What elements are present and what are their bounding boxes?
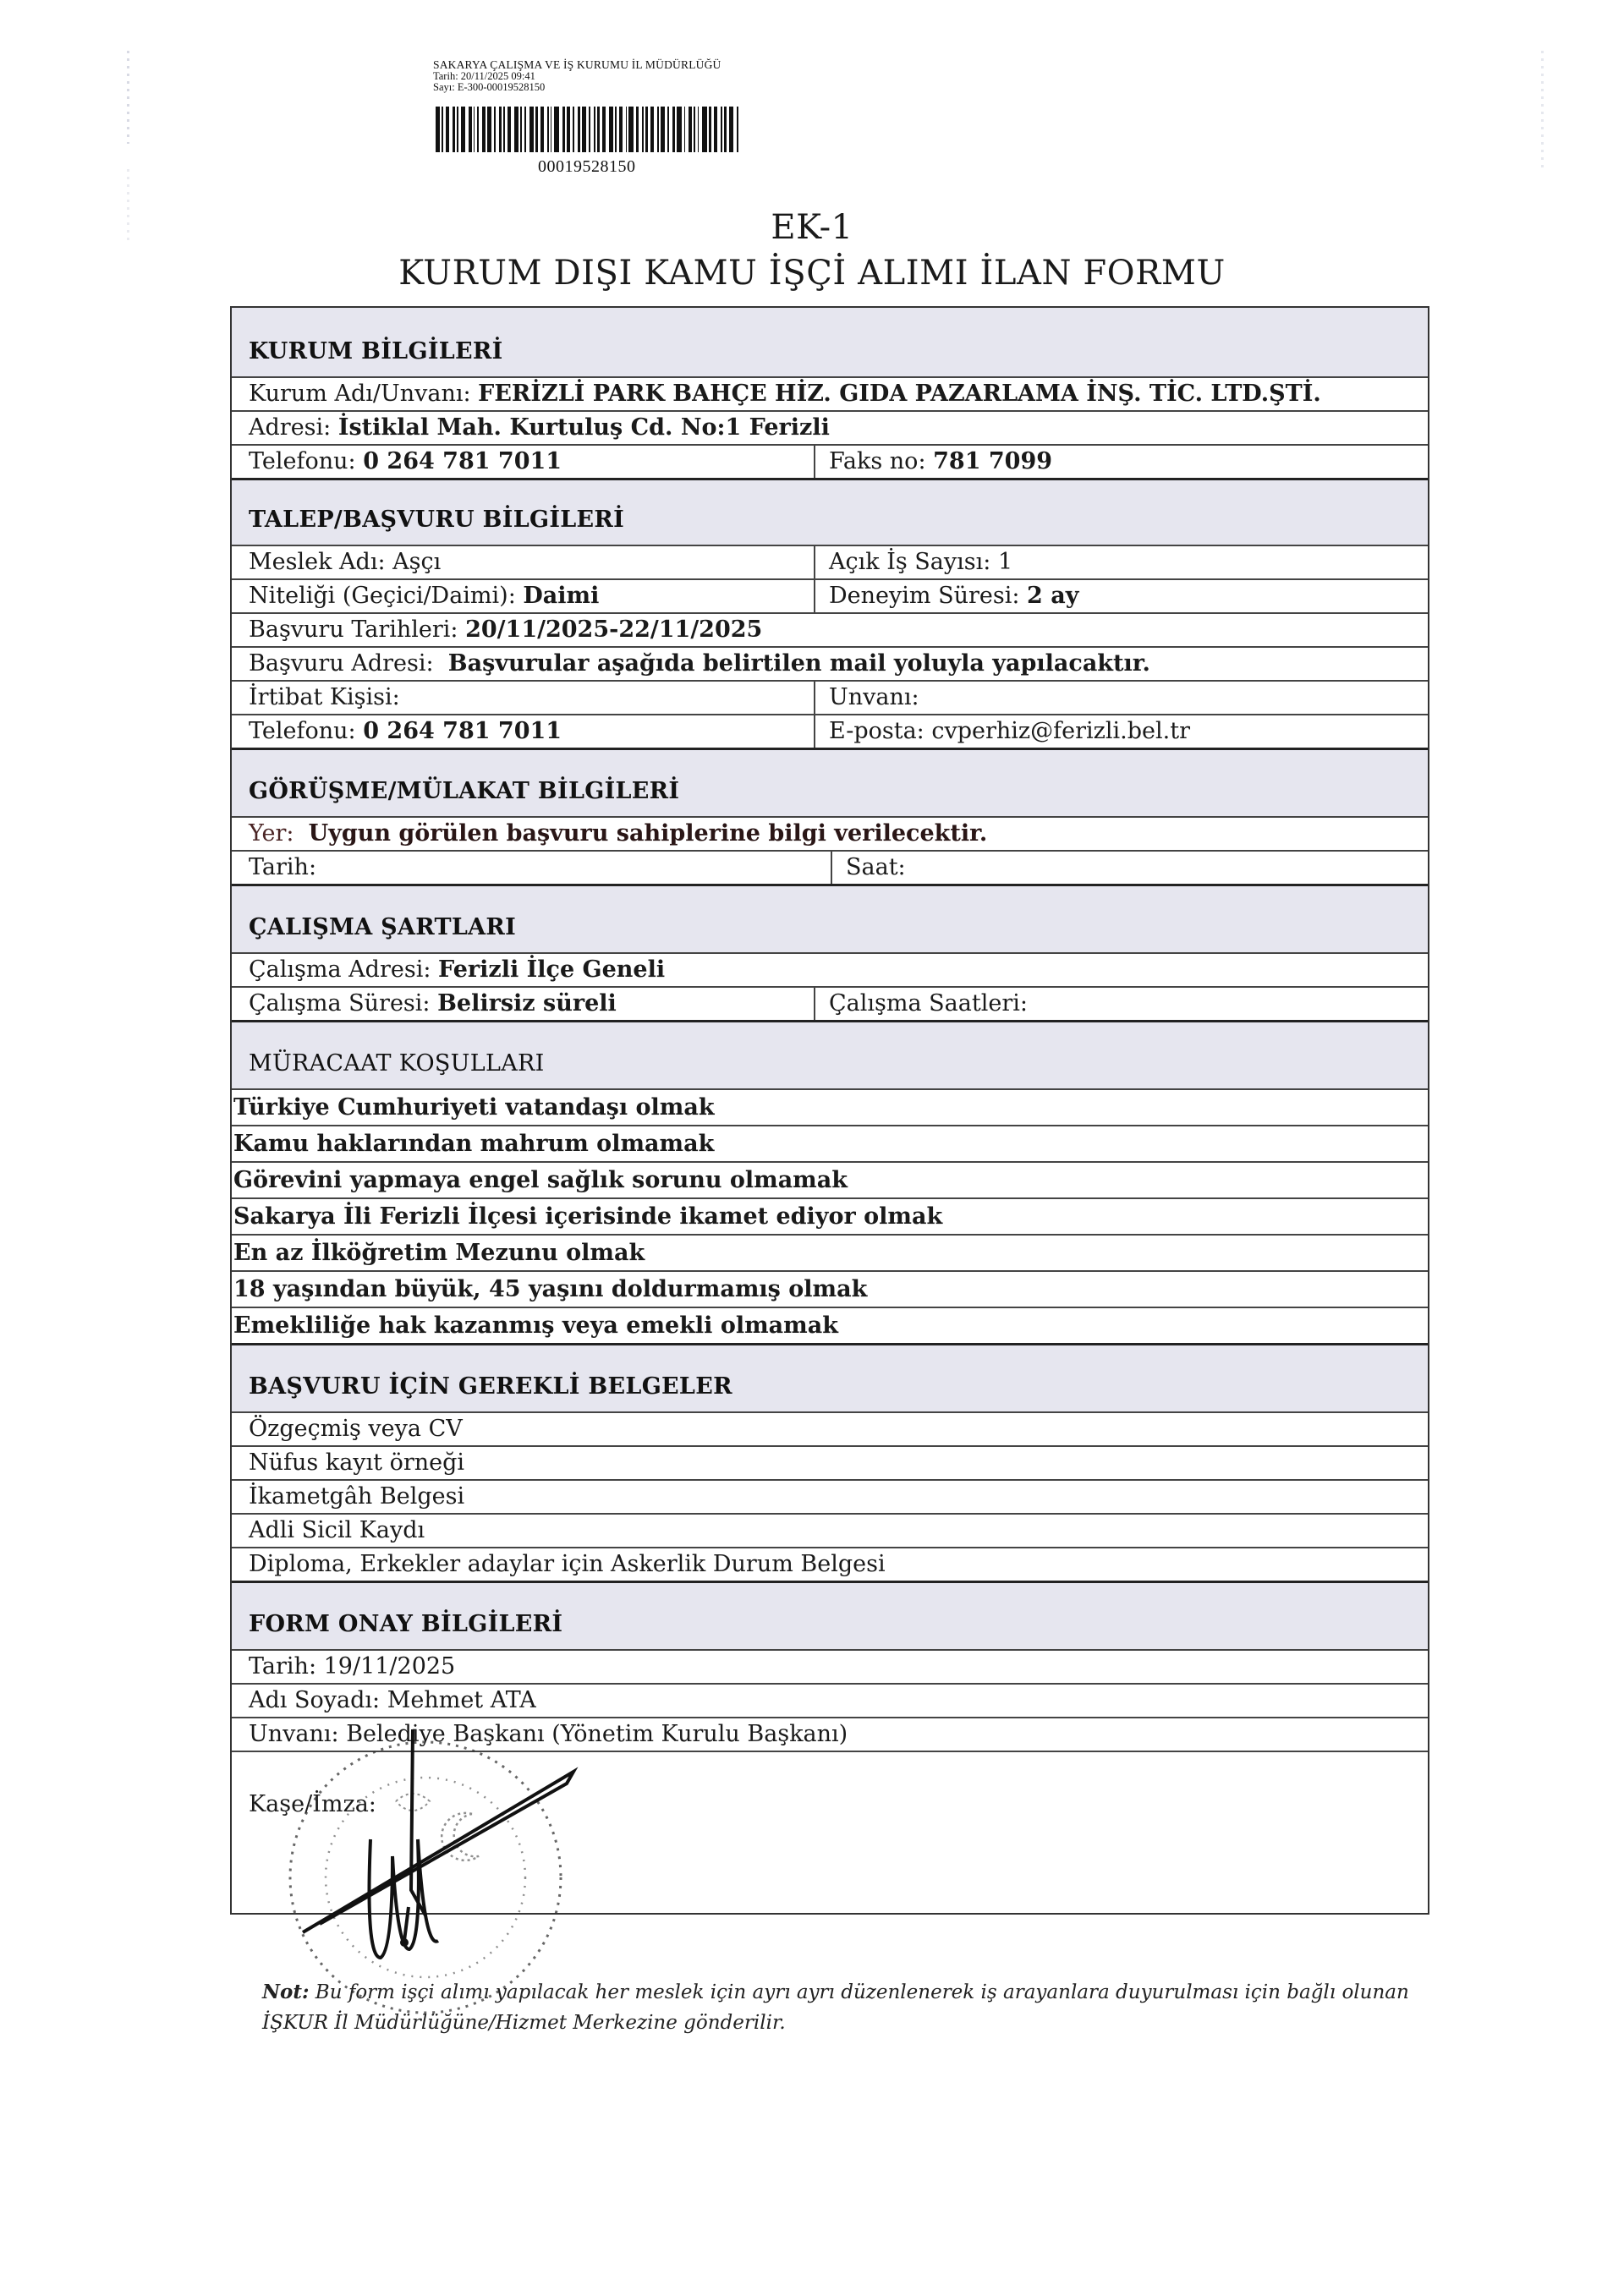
contact-phone-value: 0 264 781 7011 xyxy=(363,718,562,744)
section-muracaat: MÜRACAAT KOŞULLARI xyxy=(232,1020,1428,1088)
field-label: Unvanı: xyxy=(829,684,919,710)
dates-row: Başvuru Tarihleri: 20/11/2025-22/11/2025 xyxy=(232,612,1428,646)
section-onay: FORM ONAY BİLGİLERİ xyxy=(232,1581,1428,1649)
list-item-text: Sakarya İli Ferizli İlçesi içerisinde ik… xyxy=(233,1203,942,1230)
approval-title: Unvanı: Belediye Başkanı (Yönetim Kurulu… xyxy=(232,1718,1428,1751)
nature-value: Daimi xyxy=(523,583,599,609)
list-item: En az İlköğretim Mezunu olmak xyxy=(232,1234,1428,1270)
list-item-text: Özgeçmiş veya CV xyxy=(249,1416,463,1442)
list-item: Diploma, Erkekler adaylar için Askerlik … xyxy=(232,1547,1428,1581)
annex-label: EK-1 xyxy=(0,208,1624,247)
field-label: Kurum Adı/Unvanı: xyxy=(249,381,478,407)
field-label: Çalışma Adresi: xyxy=(249,956,438,983)
list-item-text: Adli Sicil Kaydı xyxy=(249,1517,425,1543)
list-item: İkametgâh Belgesi xyxy=(232,1479,1428,1513)
contact-row: İrtibat Kişisi: Unvanı: xyxy=(232,680,1428,714)
interview-place-row: Yer: Uygun görülen başvuru sahiplerine b… xyxy=(232,816,1428,850)
list-item: Kamu haklarından mahrum olmamak xyxy=(232,1125,1428,1161)
kurum-phone-value: 0 264 781 7011 xyxy=(363,448,562,474)
field-label: Faks no: xyxy=(829,448,933,474)
note-label: Not: xyxy=(262,1981,309,2003)
dates-value: 20/11/2025-22/11/2025 xyxy=(465,616,762,643)
section-title: BAŞVURU İÇİN GEREKLİ BELGELER xyxy=(249,1373,732,1400)
interview-place-value: Uygun görülen başvuru sahiplerine bilgi … xyxy=(309,820,988,847)
apply-address-value: Başvurular aşağıda belirtilen mail yoluy… xyxy=(448,650,1150,677)
field-label: Başvuru Tarihleri: xyxy=(249,616,465,643)
field-label: Açık İş Sayısı: xyxy=(829,549,998,575)
kurum-address-value: İstiklal Mah. Kurtuluş Cd. No:1 Ferizli xyxy=(338,414,830,441)
contact-phone-row: Telefonu: 0 264 781 7011 E-posta: cvperh… xyxy=(232,714,1428,748)
work-duration-value: Belirsiz süreli xyxy=(437,990,617,1016)
list-item: Sakarya İli Ferizli İlçesi içerisinde ik… xyxy=(232,1197,1428,1234)
approval-name: Adı Soyadı: Mehmet ATA xyxy=(232,1685,1428,1717)
list-item-text: Emekliliğe hak kazanmış veya emekli olma… xyxy=(233,1312,838,1339)
field-label: Saat: xyxy=(846,854,906,880)
list-item: Emekliliğe hak kazanmış veya emekli olma… xyxy=(232,1307,1428,1343)
documents-list: Özgeçmiş veya CVNüfus kayıt örneğiİkamet… xyxy=(232,1411,1428,1581)
section-title: MÜRACAAT KOŞULLARI xyxy=(249,1050,545,1077)
registry-number: Sayı: E-300-00019528150 xyxy=(433,82,721,93)
field-label: Çalışma Süresi: xyxy=(249,990,437,1016)
form-table: KURUM BİLGİLERİ Kurum Adı/Unvanı: FERİZL… xyxy=(230,306,1429,1915)
section-calisma: ÇALIŞMA ŞARTLARI xyxy=(232,884,1428,952)
registry-office: SAKARYA ÇALIŞMA VE İŞ KURUMU İL MÜDÜRLÜĞ… xyxy=(433,59,721,71)
list-item-text: Nüfus kayıt örneği xyxy=(249,1449,464,1476)
work-duration-row: Çalışma Süresi: Belirsiz süreli Çalışma … xyxy=(232,986,1428,1020)
signature-label: Kaşe/İmza: xyxy=(249,1791,376,1817)
approval-title-row: Unvanı: Belediye Başkanı (Yönetim Kurulu… xyxy=(232,1717,1428,1751)
kurum-phone-row: Telefonu: 0 264 781 7011 Faks no: 781 70… xyxy=(232,444,1428,478)
approval-date: Tarih: 19/11/2025 xyxy=(232,1651,1428,1683)
profession-value: Aşçı xyxy=(392,549,441,575)
barcode-number: 00019528150 xyxy=(538,157,636,177)
list-item: Özgeçmiş veya CV xyxy=(232,1411,1428,1445)
list-item: Adli Sicil Kaydı xyxy=(232,1513,1428,1547)
list-item: Görevini yapmaya engel sağlık sorunu olm… xyxy=(232,1161,1428,1197)
kurum-name-value: FERİZLİ PARK BAHÇE HİZ. GIDA PAZARLAMA İ… xyxy=(478,381,1321,407)
signature-row: Kaşe/İmza: xyxy=(232,1751,1428,1915)
note-text: Bu form işçi alımı yapılacak her meslek … xyxy=(262,1981,1409,2034)
section-talep: TALEP/BAŞVURU BİLGİLERİ xyxy=(232,478,1428,545)
registry-stamp: SAKARYA ÇALIŞMA VE İŞ KURUMU İL MÜDÜRLÜĞ… xyxy=(433,59,721,93)
barcode xyxy=(436,107,740,152)
section-kurum: KURUM BİLGİLERİ xyxy=(232,306,1428,376)
list-item-text: Diploma, Erkekler adaylar için Askerlik … xyxy=(249,1551,886,1577)
section-title: KURUM BİLGİLERİ xyxy=(249,338,503,364)
approval-date-row: Tarih: 19/11/2025 xyxy=(232,1649,1428,1683)
section-title: FORM ONAY BİLGİLERİ xyxy=(249,1611,562,1637)
scan-noise-left xyxy=(127,51,129,144)
section-title: TALEP/BAŞVURU BİLGİLERİ xyxy=(249,507,624,533)
footer-note: Not: Bu form işçi alımı yapılacak her me… xyxy=(262,1977,1446,2038)
kurum-fax-value: 781 7099 xyxy=(933,448,1052,474)
field-label: Telefonu: xyxy=(249,448,363,474)
page-title: KURUM DIŞI KAMU İŞÇİ ALIMI İLAN FORMU xyxy=(0,254,1624,293)
field-label: İrtibat Kişisi: xyxy=(249,684,400,710)
field-label: Meslek Adı: xyxy=(249,549,392,575)
list-item-text: En az İlköğretim Mezunu olmak xyxy=(233,1240,645,1266)
approval-name-row: Adı Soyadı: Mehmet ATA xyxy=(232,1683,1428,1717)
list-item-text: 18 yaşından büyük, 45 yaşını doldurmamış… xyxy=(233,1276,867,1302)
field-label: E-posta: xyxy=(829,718,931,744)
profession-row: Meslek Adı: Aşçı Açık İş Sayısı: 1 xyxy=(232,545,1428,578)
list-item-text: İkametgâh Belgesi xyxy=(249,1483,464,1510)
section-title: GÖRÜŞME/MÜLAKAT BİLGİLERİ xyxy=(249,778,679,804)
section-belgeler: BAŞVURU İÇİN GEREKLİ BELGELER xyxy=(232,1343,1428,1411)
work-address-value: Ferizli İlçe Geneli xyxy=(438,956,665,983)
field-label: Başvuru Adresi: xyxy=(249,650,448,677)
list-item-text: Görevini yapmaya engel sağlık sorunu olm… xyxy=(233,1167,848,1193)
list-item-text: Kamu haklarından mahrum olmamak xyxy=(233,1131,714,1157)
list-item: 18 yaşından büyük, 45 yaşını doldurmamış… xyxy=(232,1270,1428,1307)
kurum-name-row: Kurum Adı/Unvanı: FERİZLİ PARK BAHÇE HİZ… xyxy=(232,376,1428,410)
section-gorusme: GÖRÜŞME/MÜLAKAT BİLGİLERİ xyxy=(232,748,1428,816)
field-label: Niteliği (Geçici/Daimi): xyxy=(249,583,523,609)
experience-value: 2 ay xyxy=(1027,583,1078,609)
nature-row: Niteliği (Geçici/Daimi): Daimi Deneyim S… xyxy=(232,578,1428,612)
field-label: Telefonu: xyxy=(249,718,363,744)
openings-value: 1 xyxy=(998,549,1012,575)
field-label: Tarih: xyxy=(249,854,316,880)
scan-noise-right xyxy=(1541,51,1544,169)
list-item: Nüfus kayıt örneği xyxy=(232,1445,1428,1479)
kurum-address-row: Adresi: İstiklal Mah. Kurtuluş Cd. No:1 … xyxy=(232,410,1428,444)
field-label: Deneyim Süresi: xyxy=(829,583,1027,609)
apply-address-row: Başvuru Adresi: Başvurular aşağıda belir… xyxy=(232,646,1428,680)
work-address-row: Çalışma Adresi: Ferizli İlçe Geneli xyxy=(232,952,1428,986)
field-label: Yer: xyxy=(249,820,309,847)
field-label: Çalışma Saatleri: xyxy=(829,990,1028,1016)
requirements-list: Türkiye Cumhuriyeti vatandaşı olmakKamu … xyxy=(232,1088,1428,1343)
list-item-text: Türkiye Cumhuriyeti vatandaşı olmak xyxy=(233,1094,715,1121)
email-value: cvperhiz@ferizli.bel.tr xyxy=(931,718,1190,744)
list-item: Türkiye Cumhuriyeti vatandaşı olmak xyxy=(232,1088,1428,1125)
section-title: ÇALIŞMA ŞARTLARI xyxy=(249,914,516,940)
field-label: Adresi: xyxy=(249,414,338,441)
interview-datetime-row: Tarih: Saat: xyxy=(232,850,1428,884)
